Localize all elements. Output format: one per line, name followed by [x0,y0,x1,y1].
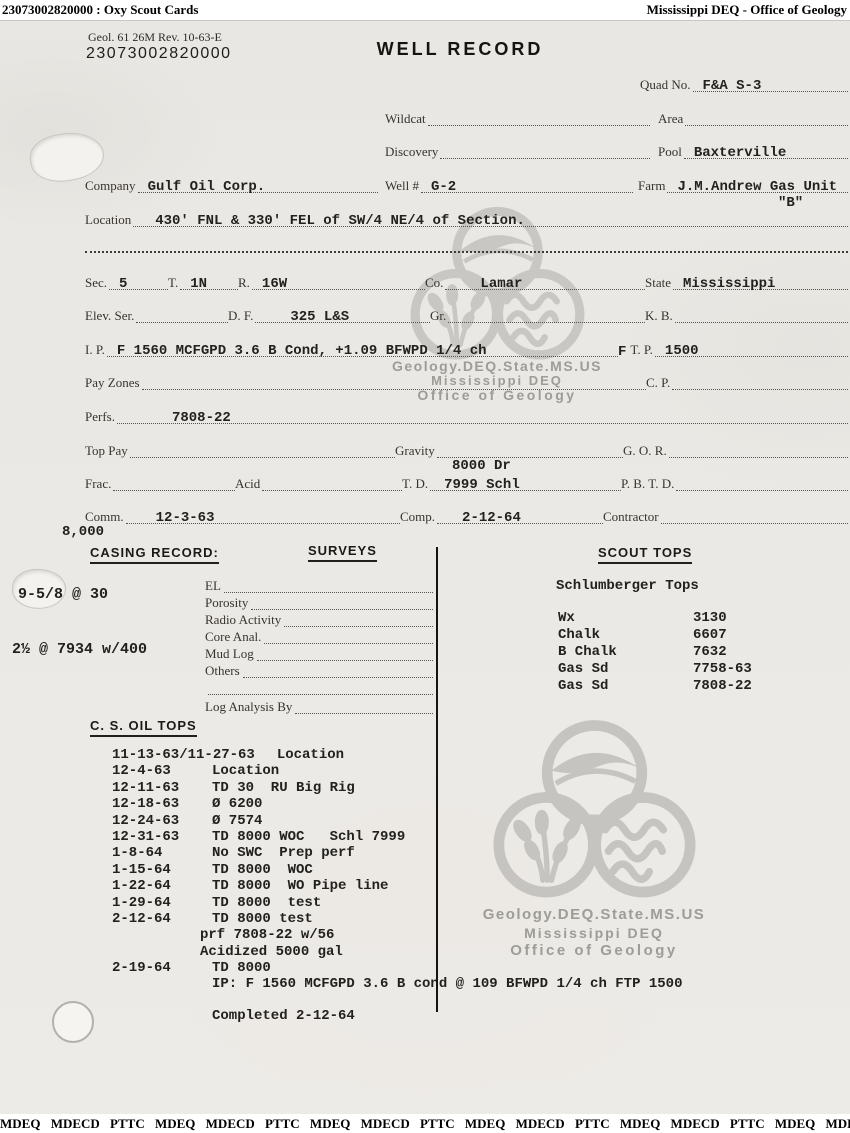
scout-tops-subheading: Schlumberger Tops [556,578,699,594]
log-activity: TD 8000 test [212,911,313,927]
field-pbtd: P. B. T. D. [621,473,848,491]
log-activity: Completed 2-12-64 [212,1008,355,1024]
dotted-line [257,643,433,661]
log-entry: 1-29-64 TD 8000 test [112,895,822,911]
scout-tops-table: Wx 3130 Chalk 6607 B Chalk 7632 Gas Sd 7… [558,610,752,695]
log-entry: 2-12-64 TD 8000 test [112,911,822,927]
field-label: Quad No. [640,78,693,92]
field-label: Sec. [85,276,109,290]
field-value: 1N [190,277,207,291]
title-bar-right-text: Mississippi DEQ - Office of Geology [647,2,847,18]
field-label: Elev. Ser. [85,309,136,323]
field-state: State Mississippi [645,272,848,290]
formation-name: Gas Sd [558,678,693,695]
log-entry: 12-31-63 TD 8000 WOC Schl 7999 [112,829,822,845]
casing-record-heading: CASING RECORD: [90,545,219,564]
log-date: 2-12-64 [112,911,212,927]
field-value: G-2 [431,180,456,194]
field-discovery: Discovery [385,141,650,159]
log-date [112,1008,212,1024]
survey-label: Radio Activity [205,613,284,627]
field-label: Frac. [85,477,113,491]
field-label: T. [168,276,180,290]
log-entry: 12-18-63 Ø 6200 [112,796,822,812]
field-value: F 1560 MCFGPD 3.6 B Cond, +1.09 BFWPD 1/… [117,344,487,358]
field-gravity: Gravity [395,440,623,458]
field-label: Farm [638,179,667,193]
survey-label: EL [205,579,224,593]
log-date: 12-11-63 [112,780,212,796]
survey-label: Porosity [205,596,251,610]
field-pay-zones: Pay Zones [85,372,646,390]
log-activity: Ø 7574 [212,813,262,829]
api-number: 23073002820000 [86,45,232,63]
field-value: 5 [119,277,127,291]
log-activity: IP: F 1560 MCFGPD 3.6 B cond @ 109 BFWPD… [212,976,682,992]
app-title-bar: 23073002820000 : Oxy Scout Cards Mississ… [0,0,850,20]
scout-top-row: Gas Sd 7808-22 [558,678,752,695]
field-label: Contractor [603,510,661,524]
log-activity: prf 7808-22 w/56 [200,927,334,943]
ftp-prefix: F [618,345,630,359]
log-date: 12-18-63 [112,796,212,812]
dotted-line [284,609,433,627]
field-pool: Pool Baxterville [658,141,848,159]
field-cp: C. P. [646,372,848,390]
log-entry: Acidized 5000 gal [112,944,822,960]
survey-label: Mud Log [205,647,257,661]
field-acid: Acid [235,473,402,491]
field-section: Sec. 5 [85,272,168,290]
field-wildcat: Wildcat [385,108,650,126]
field-value: 7808-22 [172,411,231,425]
comm-value-below: 8,000 [62,524,104,540]
field-label: Area [658,112,685,126]
field-contractor: Contractor [603,506,848,524]
log-date: 1-29-64 [112,895,212,911]
dotted-line [264,626,433,644]
log-entry: prf 7808-22 w/56 [112,927,822,943]
field-gr: Gr. [430,305,645,323]
field-label: T. D. [402,477,430,491]
field-kb: K. B. [645,305,848,323]
field-label: Location [85,213,133,227]
field-value: 2-12-64 [462,511,521,525]
log-activity: TD 8000 WOC Schl 7999 [212,829,405,845]
field-ftp: F T. P. 1500 [618,339,848,357]
field-value: Mississippi [683,277,775,291]
punch-hole [52,1001,94,1043]
log-date [112,976,212,992]
section-divider [85,251,848,253]
field-label: Well # [385,179,421,193]
field-value: 12-3-63 [156,511,215,525]
casing-entry: 9-5/8 @ 30 [18,586,108,603]
field-township: T. 1N [168,272,238,290]
well-record-page: 23073002820000 : Oxy Scout Cards Mississ… [0,0,850,1133]
field-comm: Comm. 12-3-63 [85,506,400,524]
dotted-line [243,660,433,678]
column-divider [436,547,438,1012]
log-activity: Location [255,747,344,763]
field-top-pay: Top Pay [85,440,395,458]
formation-depth: 7808-22 [693,678,752,695]
log-activity: TD 8000 WOC [212,862,313,878]
title-bar-left-text: 23073002820000 : Oxy Scout Cards [2,2,198,18]
field-label: Company [85,179,138,193]
watermark-office: Office of Geology [372,388,622,403]
field-frac: Frac. [85,473,235,491]
log-date: 12-31-63 [112,829,212,845]
field-value: 16W [262,277,287,291]
field-label: G. O. R. [623,444,669,458]
field-comp: Comp. 2-12-64 [400,506,603,524]
field-county: Co. Lamar [425,272,645,290]
field-location: Location 430' FNL & 330' FEL of SW/4 NE/… [85,209,848,227]
field-quad-no: Quad No. F&A S-3 [640,74,848,92]
field-label: Pay Zones [85,376,142,390]
field-value: F&A S-3 [703,79,762,93]
field-value: Lamar [480,277,522,291]
form-number: Geol. 61 26M Rev. 10-63-E [88,30,222,45]
scout-tops-heading: SCOUT TOPS [598,545,692,564]
field-area: Area [658,108,848,126]
survey-item [205,678,433,695]
log-analysis-row: Log Analysis By [205,697,433,714]
field-label: Discovery [385,145,440,159]
log-entry: 12-24-63 Ø 7574 [112,813,822,829]
field-label: I. P. [85,343,107,357]
formation-depth: 6607 [693,627,727,644]
dotted-line [224,575,433,593]
survey-label: Core Anal. [205,630,264,644]
field-label: P. B. T. D. [621,477,676,491]
log-entry: 12-4-63 Location [112,763,822,779]
log-entry: 2-19-64 TD 8000 [112,960,822,976]
field-well-number: Well # G-2 [385,175,633,193]
field-df: D. F. 325 L&S [228,305,430,323]
field-label: Gr. [430,309,448,323]
field-label: Comm. [85,510,126,524]
field-label: Co. [425,276,445,290]
field-label: Acid [235,477,262,491]
field-label: R. [238,276,252,290]
formation-name: B Chalk [558,644,693,661]
log-date [112,927,200,943]
log-activity: Acidized 5000 gal [200,944,343,960]
log-activity: TD 8000 test [212,895,321,911]
field-ip: I. P. F 1560 MCFGPD 3.6 B Cond, +1.09 BF… [85,339,618,357]
survey-item: Radio Activity [205,610,433,627]
log-date: 11-13-63/11-27-63 [112,747,255,763]
field-label: D. F. [228,309,255,323]
field-perfs: Perfs. 7808-22 [85,406,848,424]
field-value: 1500 [665,344,699,358]
survey-item: Others [205,661,433,678]
formation-name: Wx [558,610,693,627]
field-label: Wildcat [385,112,428,126]
survey-label: Others [205,664,243,678]
log-entry: IP: F 1560 MCFGPD 3.6 B cond @ 109 BFWPD… [112,976,822,992]
survey-item: Porosity [205,593,433,610]
field-value: Baxterville [694,146,786,160]
field-company: Company Gulf Oil Corp. [85,175,378,193]
field-value: J.M.Andrew Gas Unit [677,180,837,194]
page-title: WELL RECORD [330,39,590,60]
formation-depth: 7758-63 [693,661,752,678]
log-activity: TD 8000 WO Pipe line [212,878,388,894]
field-label: Perfs. [85,410,117,424]
casing-entry: 2½ @ 7934 w/400 [12,641,147,658]
dotted-line [208,677,433,695]
field-elev-ser: Elev. Ser. [85,305,228,323]
survey-item: EL [205,576,433,593]
log-entry: 11-13-63/11-27-63 Location [112,747,822,763]
field-label: K. B. [645,309,675,323]
scout-top-row: Chalk 6607 [558,627,752,644]
log-entry: 1-15-64 TD 8000 WOC [112,862,822,878]
log-date: 2-19-64 [112,960,212,976]
formation-depth: 3130 [693,610,727,627]
oil-tops-heading: C. S. OIL TOPS [90,718,197,737]
field-label: Pool [658,145,684,159]
field-label: Top Pay [85,444,130,458]
formation-depth: 7632 [693,644,727,661]
log-activity: TD 8000 [212,960,271,976]
log-activity: No SWC Prep perf [212,845,355,861]
field-range: R. 16W [238,272,425,290]
log-entry: 1-22-64 TD 8000 WO Pipe line [112,878,822,894]
scout-top-row: Wx 3130 [558,610,752,627]
field-label: T. P. [630,343,655,357]
field-gor: G. O. R. [623,440,848,458]
surveys-list: EL Porosity Radio Activity Core Anal. Mu… [205,576,433,714]
survey-item: Mud Log [205,644,433,661]
log-entry-completed: Completed 2-12-64 [112,1008,822,1024]
scout-top-row: Gas Sd 7758-63 [558,661,752,678]
log-date: 12-24-63 [112,813,212,829]
survey-item: Core Anal. [205,627,433,644]
formation-name: Chalk [558,627,693,644]
field-farm: Farm J.M.Andrew Gas Unit [638,175,848,193]
footer-text: MDEQ MDECD PTTC MDEQ MDECD PTTC MDEQ MDE… [0,1116,850,1132]
oil-tops-log: 11-13-63/11-27-63 Location 12-4-63 Locat… [112,747,822,1024]
dotted-line [251,592,433,610]
log-activity: Ø 6200 [212,796,262,812]
log-date: 1-8-64 [112,845,212,861]
log-date [112,944,200,960]
log-analysis-label: Log Analysis By [205,700,295,714]
dotted-line [295,696,433,714]
log-activity: Location [212,763,279,779]
field-label: C. P. [646,376,672,390]
field-value: 325 L&S [290,310,349,324]
field-td: T. D. 7999 Schl [402,473,621,491]
log-date: 12-4-63 [112,763,212,779]
log-date: 1-22-64 [112,878,212,894]
field-value: Gulf Oil Corp. [148,180,266,194]
field-label: Comp. [400,510,437,524]
formation-name: Gas Sd [558,661,693,678]
log-activity: TD 30 RU Big Rig [212,780,355,796]
scout-top-row: B Chalk 7632 [558,644,752,661]
footer-strip: MDEQ MDECD PTTC MDEQ MDECD PTTC MDEQ MDE… [0,1114,850,1133]
field-label: State [645,276,673,290]
log-date: 1-15-64 [112,862,212,878]
field-label: Gravity [395,444,437,458]
surveys-heading: SURVEYS [308,543,377,562]
log-entry: 12-11-63 TD 30 RU Big Rig [112,780,822,796]
log-entry: 1-8-64 No SWC Prep perf [112,845,822,861]
field-value: 430' FNL & 330' FEL of SW/4 NE/4 of Sect… [155,214,525,228]
field-value: 7999 Schl [444,478,520,492]
